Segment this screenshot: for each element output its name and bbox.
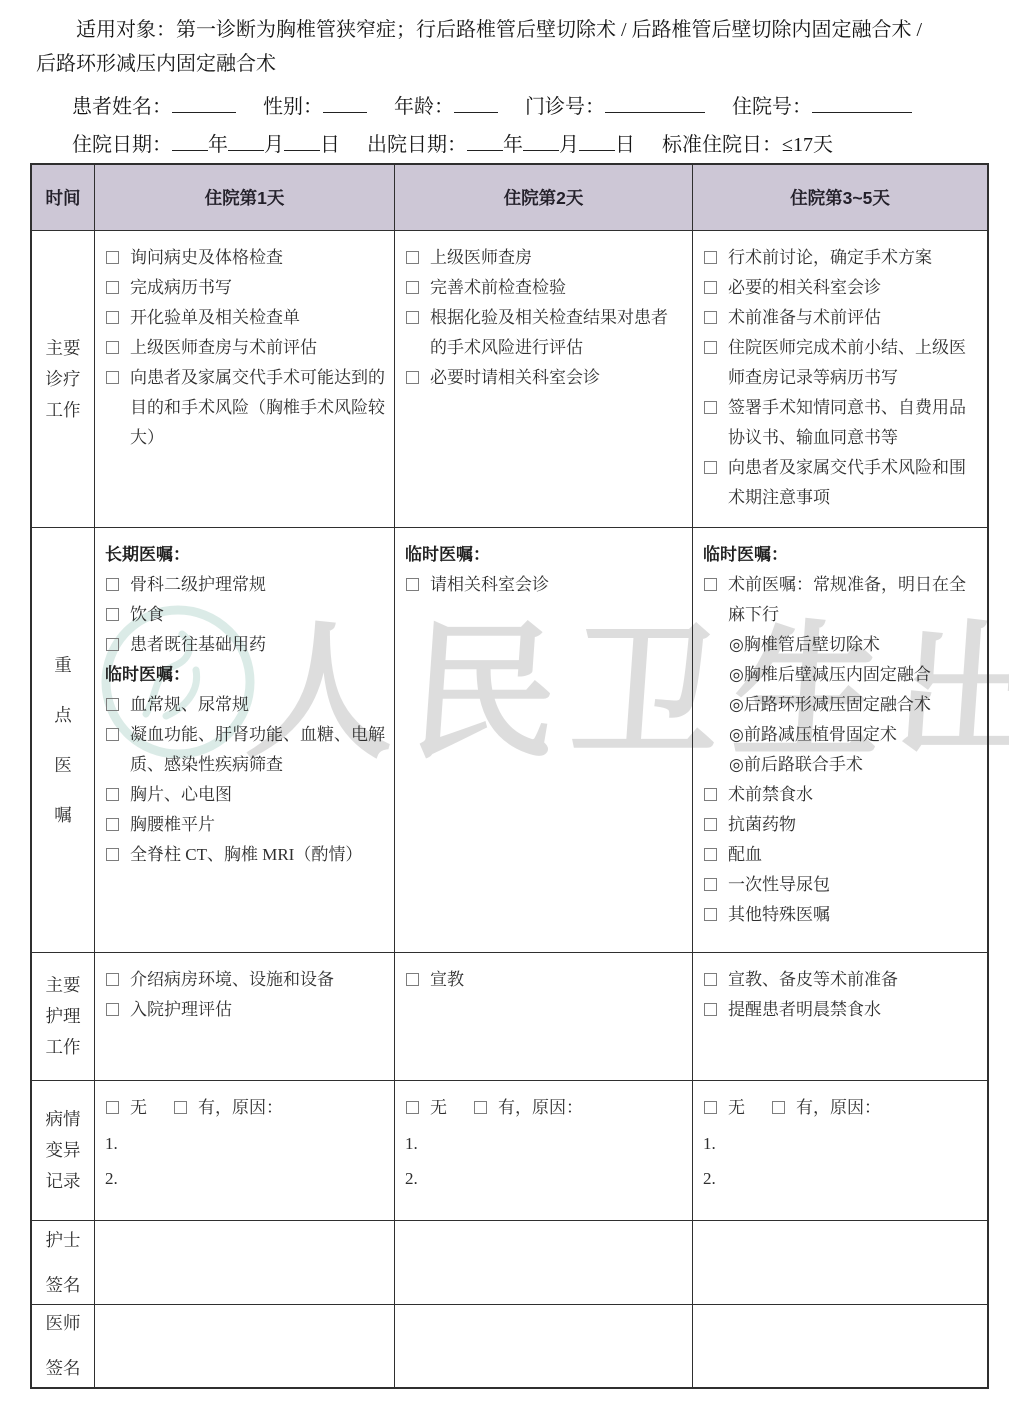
patient-name-blank[interactable] [172,93,236,113]
inpatient-no-blank[interactable] [812,93,912,113]
checkbox[interactable] [174,1101,187,1114]
surgery-option-item: ◎胸椎管后壁切除术 [703,630,979,660]
checklist-item: 询问病史及体格检查 [105,243,386,273]
admission-month-blank[interactable] [228,131,264,151]
month-label: 月 [559,134,579,156]
reason-line: 1. [703,1129,979,1159]
checkbox[interactable] [106,973,119,986]
checkbox[interactable] [704,848,717,861]
clinical-pathway-page: 适用对象：第一诊断为胸椎管狭窄症；行后路椎管后壁切除术 / 后路椎管后壁切除内固… [0,0,1009,1401]
rowlabel-variation-record: 病情 变异 记录 [32,1080,94,1220]
cell-doctor-sign-day2[interactable] [394,1304,692,1387]
discharge-year-blank[interactable] [467,131,503,151]
checklist-item: 完成病历书写 [105,273,386,303]
rowlabel-key-orders: 重 点 医 嘱 [32,527,94,952]
checklist-item: 骨科二级护理常规 [105,570,386,600]
checklist-item: 血常规、尿常规 [105,690,386,720]
cell-orders-day3: 临时医嘱：术前医嘱：常规准备，明日在全麻下行◎胸椎管后壁切除术◎胸椎后壁减压内固… [692,527,987,952]
patient-info-line: 患者姓名： 性别： 年龄： 门诊号： 住院号： [72,90,993,124]
rowlabel-nurse-signature: 护士 签名 [32,1220,94,1304]
checkbox[interactable] [772,1101,785,1114]
checklist-item: 上级医师查房与术前评估 [105,333,386,363]
year-label: 年 [208,134,228,156]
checkbox[interactable] [106,341,119,354]
variation-options: 无有，原因： [105,1093,386,1124]
checkbox[interactable] [106,788,119,801]
checklist-item: 必要时请相关科室会诊 [405,363,684,393]
checkbox[interactable] [704,578,717,591]
day-label: 日 [320,134,340,156]
checklist-item: 完善术前检查检验 [405,273,684,303]
checkbox[interactable] [406,251,419,264]
reason-line: 1. [105,1129,386,1159]
checkbox[interactable] [704,461,717,474]
cell-variation-day2: 无有，原因：1.2. [394,1080,692,1220]
discharge-date-label: 出院日期： [367,134,467,156]
checkbox[interactable] [704,341,717,354]
gender-label: 性别： [263,96,323,118]
checklist-item: 凝血功能、肝肾功能、血糖、电解质、感染性疾病筛查 [105,720,386,780]
year-label: 年 [503,134,523,156]
checklist-item: 饮食 [105,600,386,630]
checkbox[interactable] [106,281,119,294]
checkbox[interactable] [106,698,119,711]
variation-has-option: 有，原因： [771,1093,881,1123]
checkbox[interactable] [704,818,717,831]
rowlabel-diagnosis-work: 主要 诊疗 工作 [32,230,94,527]
checklist-item: 入院护理评估 [105,995,386,1025]
checklist-item: 一次性导尿包 [703,870,979,900]
cell-nurse-sign-day3[interactable] [692,1220,987,1304]
outpatient-no-label: 门诊号： [525,96,605,118]
checklist-item: 开化验单及相关检查单 [105,303,386,333]
discharge-month-blank[interactable] [523,131,559,151]
checkbox[interactable] [406,311,419,324]
checkbox[interactable] [106,848,119,861]
cell-nursing-day1: 介绍病房环境、设施和设备入院护理评估 [94,952,394,1080]
gender-blank[interactable] [323,93,367,113]
header-time: 时间 [32,165,94,230]
cell-diagnosis-day3: 行术前讨论，确定手术方案必要的相关科室会诊术前准备与术前评估住院医师完成术前小结… [692,230,987,527]
cell-nurse-sign-day1[interactable] [94,1220,394,1304]
cell-doctor-sign-day3[interactable] [692,1304,987,1387]
surgery-option-item: ◎胸椎后壁减压内固定融合 [703,660,979,690]
reason-line: 2. [105,1164,386,1194]
checklist-item: 向患者及家属交代手术可能达到的目的和手术风险（胸椎手术风险较大） [105,363,386,453]
checkbox[interactable] [704,1003,717,1016]
page-header: 适用对象：第一诊断为胸椎管狭窄症；行后路椎管后壁切除术 / 后路椎管后壁切除内固… [36,13,993,162]
checklist-item: 术前医嘱：常规准备，明日在全麻下行 [703,570,979,630]
checkbox[interactable] [106,818,119,831]
checklist-item: 术前禁食水 [703,780,979,810]
header-day1: 住院第1天 [94,165,394,230]
checkbox[interactable] [704,788,717,801]
dates-line: 住院日期：年月日 出院日期：年月日 标准住院日：≤17天 [72,128,993,162]
checkbox[interactable] [704,878,717,891]
cell-orders-day1: 长期医嘱：骨科二级护理常规饮食患者既往基础用药临时医嘱：血常规、尿常规凝血功能、… [94,527,394,952]
month-label: 月 [264,134,284,156]
checklist-item: 宣教 [405,965,684,995]
reason-line: 2. [703,1164,979,1194]
patient-name-label: 患者姓名： [72,96,172,118]
cell-doctor-sign-day1[interactable] [94,1304,394,1387]
checkbox[interactable] [704,908,717,921]
cell-nursing-day3: 宣教、备皮等术前准备提醒患者明晨禁食水 [692,952,987,1080]
checkbox[interactable] [106,1101,119,1114]
checklist-item: 提醒患者明晨禁食水 [703,995,979,1025]
checkbox[interactable] [704,401,717,414]
order-category-heading: 临时医嘱： [405,540,684,570]
cell-variation-day3: 无有，原因：1.2. [692,1080,987,1220]
surgery-option-item: ◎后路环形减压固定融合术 [703,690,979,720]
clinical-pathway-table: 时间 住院第1天 住院第2天 住院第3~5天 主要 诊疗 工作 询问病史及体格检… [30,163,989,1389]
checkbox[interactable] [406,578,419,591]
age-label: 年龄： [394,96,454,118]
checklist-item: 胸腰椎平片 [105,810,386,840]
variation-options: 无有，原因： [405,1093,684,1124]
checklist-item: 配血 [703,840,979,870]
checklist-item: 请相关科室会诊 [405,570,684,600]
header-day3: 住院第3~5天 [692,165,987,230]
checkbox[interactable] [474,1101,487,1114]
checkbox[interactable] [106,608,119,621]
checklist-item: 必要的相关科室会诊 [703,273,979,303]
age-blank[interactable] [454,93,498,113]
checklist-item: 向患者及家属交代手术风险和围术期注意事项 [703,453,979,513]
cell-nursing-day2: 宣教 [394,952,692,1080]
checkbox[interactable] [406,973,419,986]
checkbox[interactable] [106,371,119,384]
checklist-item: 术前准备与术前评估 [703,303,979,333]
admission-date-label: 住院日期： [72,134,172,156]
inpatient-no-label: 住院号： [732,96,812,118]
checklist-item: 全脊柱 CT、胸椎 MRI（酌情） [105,840,386,870]
applicable-subjects-line2: 后路环形减压内固定融合术 [36,47,993,81]
variation-none-option: 无 [105,1093,147,1123]
reason-line: 1. [405,1129,684,1159]
checklist-item: 上级医师查房 [405,243,684,273]
header-day2: 住院第2天 [394,165,692,230]
outpatient-no-blank[interactable] [605,93,705,113]
reason-line: 2. [405,1164,684,1194]
variation-has-option: 有，原因： [173,1093,283,1123]
checkbox[interactable] [406,1101,419,1114]
discharge-day-blank[interactable] [579,131,615,151]
checklist-item: 宣教、备皮等术前准备 [703,965,979,995]
checklist-item: 根据化验及相关检查结果对患者的手术风险进行评估 [405,303,684,363]
checklist-item: 住院医师完成术前小结、上级医师查房记录等病历书写 [703,333,979,393]
rowlabel-doctor-signature: 医师 签名 [32,1304,94,1387]
checkbox[interactable] [406,281,419,294]
variation-none-option: 无 [405,1093,447,1123]
checkbox[interactable] [106,638,119,651]
checklist-item: 胸片、心电图 [105,780,386,810]
admission-year-blank[interactable] [172,131,208,151]
checkbox[interactable] [704,311,717,324]
variation-none-option: 无 [703,1093,745,1123]
checkbox[interactable] [704,1101,717,1114]
standard-stay-label: 标准住院日：≤17天 [662,134,833,156]
cell-diagnosis-day2: 上级医师查房完善术前检查检验根据化验及相关检查结果对患者的手术风险进行评估必要时… [394,230,692,527]
rowlabel-nursing-work: 主要 护理 工作 [32,952,94,1080]
applicable-subjects-line1: 适用对象：第一诊断为胸椎管狭窄症；行后路椎管后壁切除术 / 后路椎管后壁切除内固… [36,13,993,47]
checkbox[interactable] [704,251,717,264]
checklist-item: 患者既往基础用药 [105,630,386,660]
order-category-heading: 长期医嘱： [105,540,386,570]
checkbox[interactable] [106,311,119,324]
checklist-item: 其他特殊医嘱 [703,900,979,930]
variation-has-option: 有，原因： [473,1093,583,1123]
checklist-item: 行术前讨论，确定手术方案 [703,243,979,273]
checklist-item: 介绍病房环境、设施和设备 [105,965,386,995]
checkbox[interactable] [106,578,119,591]
admission-day-blank[interactable] [284,131,320,151]
variation-options: 无有，原因： [703,1093,979,1124]
order-category-heading: 临时医嘱： [703,540,979,570]
checkbox[interactable] [106,251,119,264]
cell-orders-day2: 临时医嘱：请相关科室会诊 [394,527,692,952]
checkbox[interactable] [106,728,119,741]
surgery-option-item: ◎前路减压植骨固定术 [703,720,979,750]
checkbox[interactable] [704,281,717,294]
checkbox[interactable] [704,973,717,986]
cell-variation-day1: 无有，原因：1.2. [94,1080,394,1220]
checklist-item: 抗菌药物 [703,810,979,840]
cell-nurse-sign-day2[interactable] [394,1220,692,1304]
checkbox[interactable] [106,1003,119,1016]
checkbox[interactable] [406,371,419,384]
cell-diagnosis-day1: 询问病史及体格检查完成病历书写开化验单及相关检查单上级医师查房与术前评估向患者及… [94,230,394,527]
day-label: 日 [615,134,635,156]
order-category-heading: 临时医嘱： [105,660,386,690]
checklist-item: 签署手术知情同意书、自费用品协议书、输血同意书等 [703,393,979,453]
surgery-option-item: ◎前后路联合手术 [703,750,979,780]
